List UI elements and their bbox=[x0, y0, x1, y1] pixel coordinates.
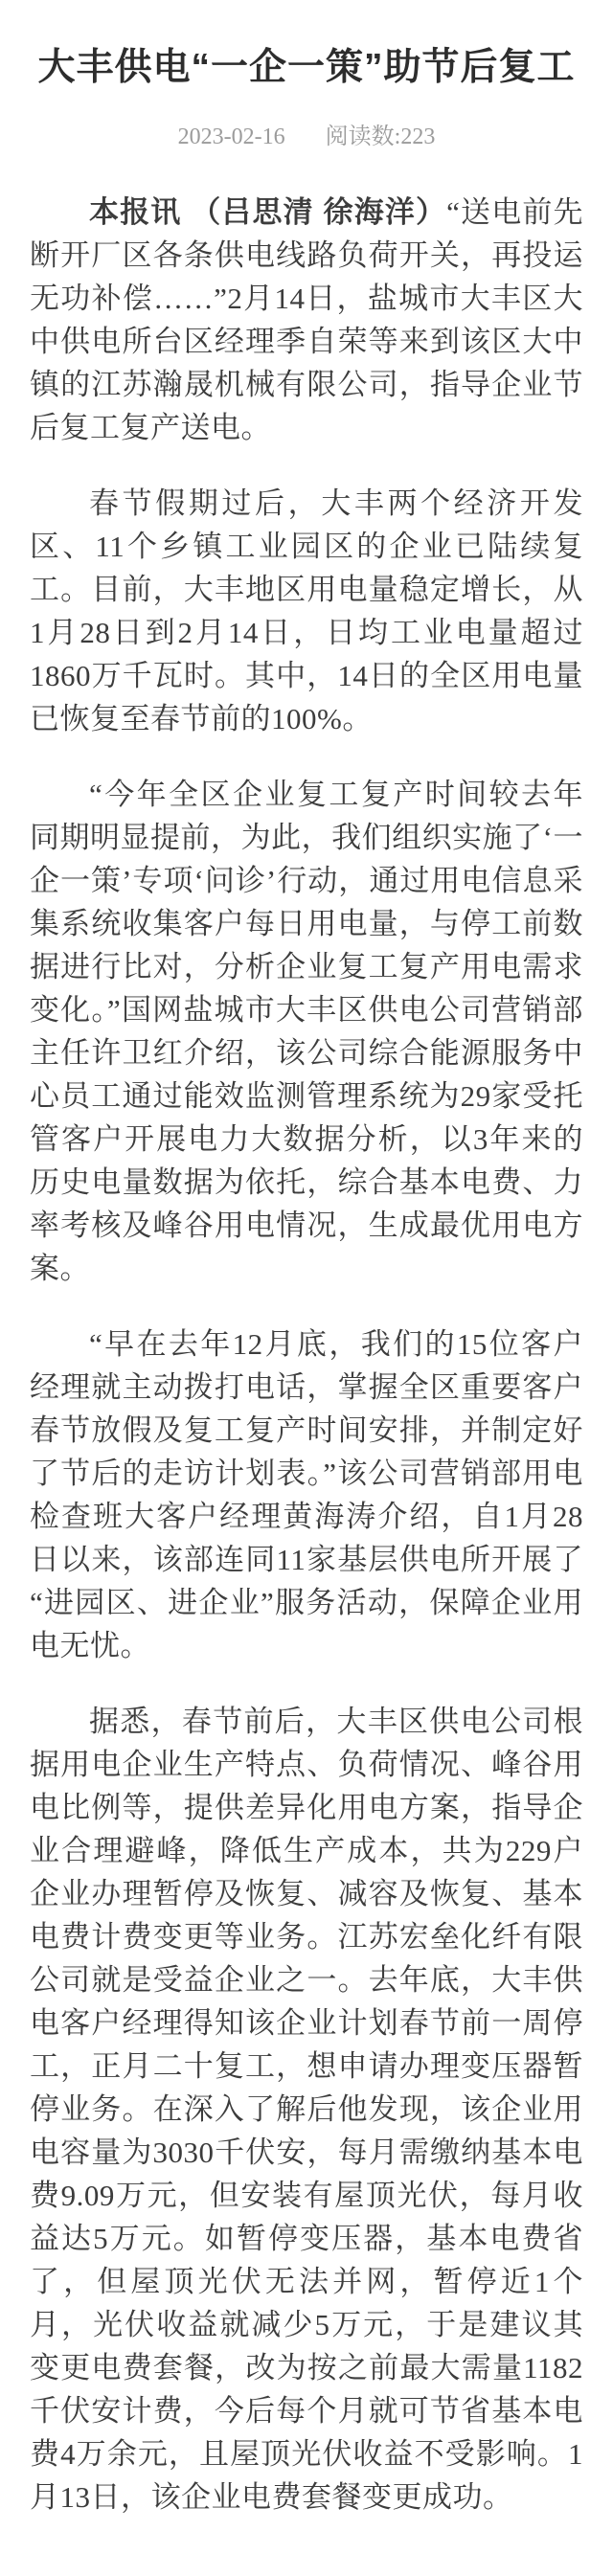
article-paragraph: “早在去年12月底，我们的15位客户经理就主动拨打电话，掌握全区重要客户春节放假… bbox=[30, 1322, 583, 1667]
lead-paragraph: 本报讯 （吕思清 徐海洋）“送电前先断开厂区各条供电线路负荷开关，再投运无功补偿… bbox=[30, 191, 583, 449]
article-paragraph: 据悉，春节前后，大丰区供电公司根据用电企业生产特点、负荷情况、峰谷用电比例等，提… bbox=[30, 1700, 583, 2519]
article-paragraph: “今年全区企业复工复产时间较去年同期明显提前，为此，我们组织实施了‘一企一策’专… bbox=[30, 773, 583, 1290]
article-meta: 2023-02-16 阅读数:223 bbox=[30, 117, 583, 150]
lead-text: “送电前先断开厂区各条供电线路负荷开关，再投运无功补偿……”2月14日，盐城市大… bbox=[30, 195, 583, 444]
byline: 本报讯 （吕思清 徐海洋） bbox=[89, 195, 446, 229]
article-page: 大丰供电“一企一策”助节后复工 2023-02-16 阅读数:223 本报讯 （… bbox=[0, 0, 613, 2576]
article-paragraph: 春节假期过后，大丰两个经济开发区、11个乡镇工业园区的企业已陆续复工。目前，大丰… bbox=[30, 482, 583, 740]
page-title: 大丰供电“一企一策”助节后复工 bbox=[34, 44, 579, 92]
read-count: 阅读数:223 bbox=[326, 124, 436, 149]
article-body: 本报讯 （吕思清 徐海洋）“送电前先断开厂区各条供电线路负荷开关，再投运无功补偿… bbox=[30, 191, 583, 2519]
publish-date: 2023-02-16 bbox=[178, 124, 285, 149]
